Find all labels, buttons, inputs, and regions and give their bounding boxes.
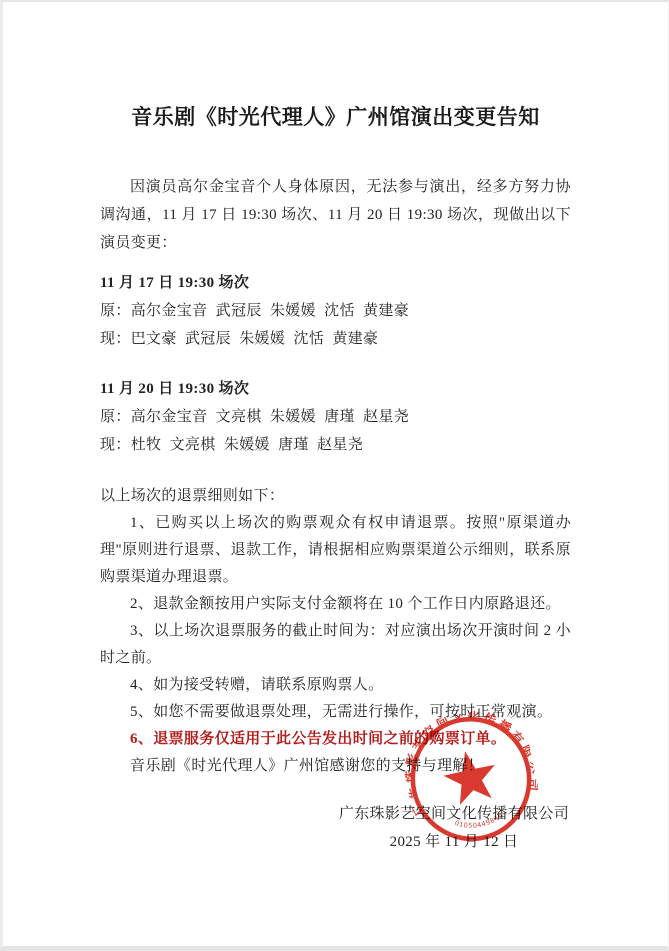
current-cast-line: 现：巴文豪 武冠辰 朱媛媛 沈恬 黄建豪 [100, 325, 571, 353]
refund-rules-section: 以上场次的退票细则如下： 1、已购买以上场次的购票观众有权申请退票。按照"原渠道… [100, 483, 571, 780]
rules-intro: 以上场次的退票细则如下： [100, 483, 571, 510]
original-cast-line: 原：高尔金宝音 武冠辰 朱媛媛 沈恬 黄建豪 [100, 297, 571, 325]
rule-item-3: 3、以上场次退票服务的截止时间为：对应演出场次开演时间 2 小时之前。 [100, 618, 571, 672]
rule-item-6-highlight: 6、退票服务仅适用于此公告发出时间之前的购票订单。 [100, 726, 571, 753]
session-header: 11 月 17 日 19:30 场次 [100, 269, 571, 297]
announcement-document: 音乐剧《时光代理人》广州馆演出变更告知 因演员高尔金宝音个人身体原因，无法参与演… [0, 0, 669, 951]
intro-paragraph: 因演员高尔金宝音个人身体原因，无法参与演出，经多方努力协调沟通，11 月 17 … [100, 173, 571, 257]
session-header: 11 月 20 日 19:30 场次 [100, 375, 571, 403]
signature-block: 广东珠影艺空间文化传播有限公司 2025 年 11 月 12 日 [329, 800, 579, 856]
rule-item-1: 1、已购买以上场次的购票观众有权申请退票。按照"原渠道办理"原则进行退票、退款工… [100, 510, 571, 591]
rule-item-4: 4、如为接受转赠，请联系原购票人。 [100, 672, 571, 699]
page-title: 音乐剧《时光代理人》广州馆演出变更告知 [100, 98, 571, 136]
rule-item-5: 5、如您不需要做退票处理，无需进行操作，可按时正常观演。 [100, 699, 571, 726]
issue-date: 2025 年 11 月 12 日 [329, 828, 579, 856]
session-block-nov17: 11 月 17 日 19:30 场次 原：高尔金宝音 武冠辰 朱媛媛 沈恬 黄建… [100, 269, 571, 353]
original-cast-line: 原：高尔金宝音 文亮棋 朱媛媛 唐瑾 赵星尧 [100, 403, 571, 431]
current-cast-line: 现：杜牧 文亮棋 朱媛媛 唐瑾 赵星尧 [100, 431, 571, 459]
thanks-line: 音乐剧《时光代理人》广州馆感谢您的支持与理解！ [100, 753, 571, 780]
company-name: 广东珠影艺空间文化传播有限公司 [329, 800, 579, 828]
rule-item-2: 2、退款金额按用户实际支付金额将在 10 个工作日内原路退还。 [100, 591, 571, 618]
session-block-nov20: 11 月 20 日 19:30 场次 原：高尔金宝音 文亮棋 朱媛媛 唐瑾 赵星… [100, 375, 571, 459]
